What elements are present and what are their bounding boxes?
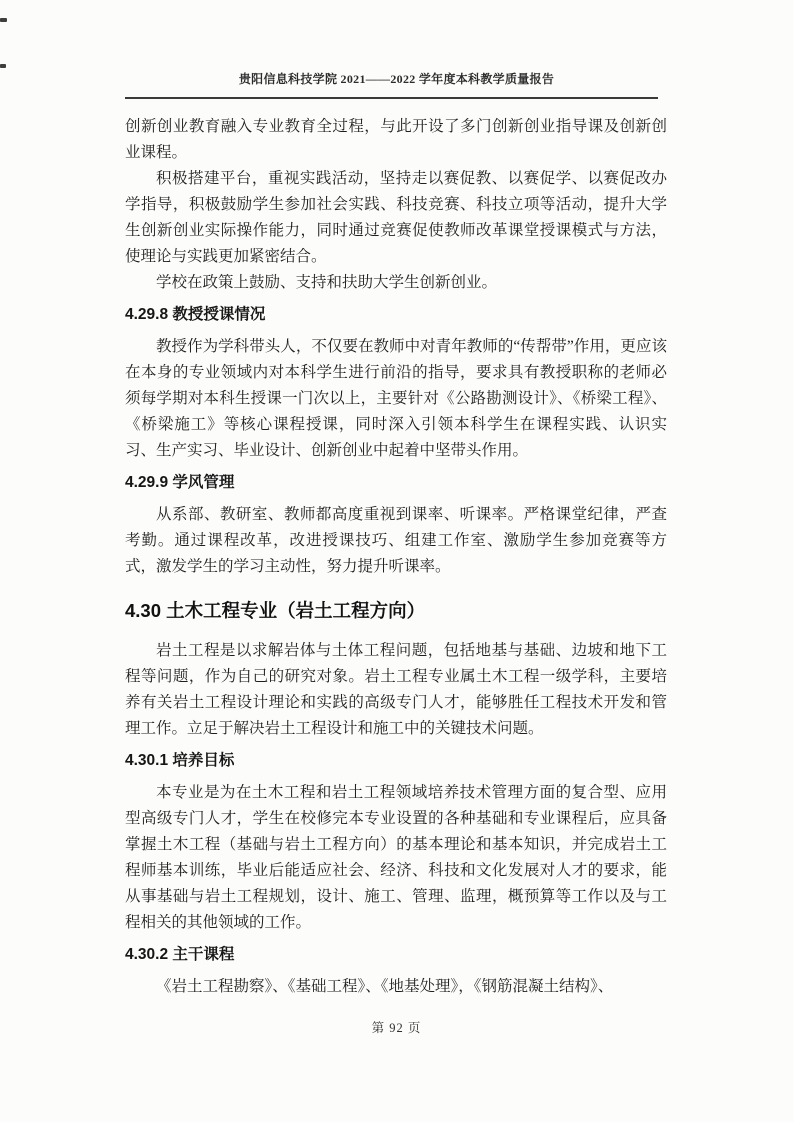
heading-4-30-2: 4.30.2 主干课程	[125, 942, 667, 968]
document-page: 贵阳信息科技学院 2021——2022 学年度本科教学质量报告 创新创业教育融入…	[0, 0, 793, 1122]
running-header-title: 贵阳信息科技学院 2021——2022 学年度本科教学质量报告	[0, 70, 793, 87]
body-paragraph: 岩土工程是以求解岩体与土体工程问题，包括地基与基础、边坡和地下工程等问题，作为自…	[125, 638, 667, 742]
document-body: 创新创业教育融入专业教育全过程，与此开设了多门创新创业指导课及创新创业课程。 积…	[125, 114, 667, 1000]
body-paragraph: 本专业是为在土木工程和岩土工程领域培养技术管理方面的复合型、应用型高级专门人才，…	[125, 780, 667, 936]
body-paragraph-continuation: 创新创业教育融入专业教育全过程，与此开设了多门创新创业指导课及创新创业课程。	[125, 114, 667, 166]
scan-artifact	[0, 18, 7, 22]
body-paragraph: 教授作为学科带头人，不仅要在教师中对青年教师的“传帮带”作用，更应该在本身的专业…	[125, 334, 667, 464]
body-paragraph: 积极搭建平台，重视实践活动，坚持走以赛促教、以赛促学、以赛促改办学指导，积极鼓励…	[125, 166, 667, 270]
heading-4-30-1: 4.30.1 培养目标	[125, 748, 667, 774]
body-paragraph: 《岩土工程勘察》、《基础工程》、《地基处理》，《钢筋混凝土结构》、	[125, 974, 667, 1000]
section-heading-4-30: 4.30 土木工程专业（岩土工程方向）	[125, 596, 667, 626]
heading-4-29-8: 4.29.8 教授授课情况	[125, 302, 667, 328]
heading-4-29-9: 4.29.9 学风管理	[125, 470, 667, 496]
page-number: 第 92 页	[0, 1018, 793, 1036]
body-paragraph: 学校在政策上鼓励、支持和扶助大学生创新创业。	[125, 270, 667, 296]
scan-artifact	[0, 64, 6, 68]
body-paragraph: 从系部、教研室、教师都高度重视到课率、听课率。严格课堂纪律，严查考勤。通过课程改…	[125, 502, 667, 580]
header-divider	[125, 97, 658, 99]
